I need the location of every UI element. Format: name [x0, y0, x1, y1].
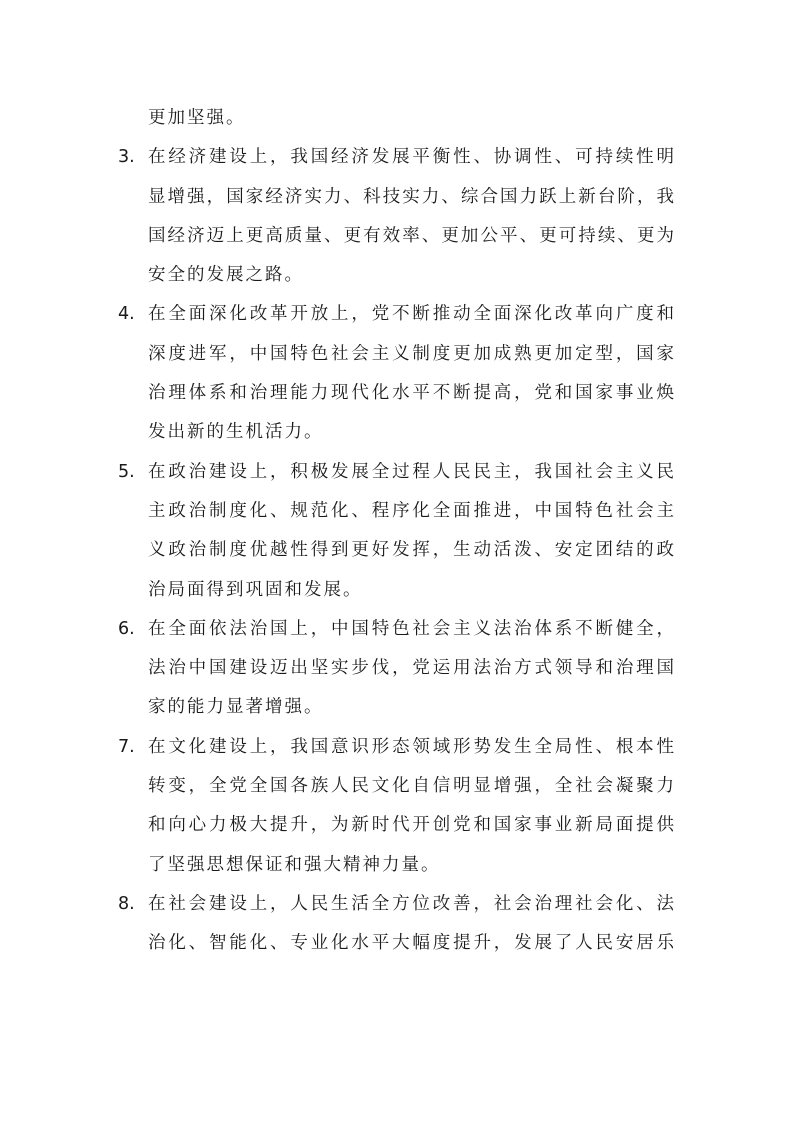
item-number: 8. — [118, 885, 148, 924]
item-number: 5. — [118, 453, 148, 492]
item-text-line: 深度进军，中国特色社会主义制度更加成熟更加定型，国家 — [148, 335, 674, 374]
item-text-line: 国经济迈上更高质量、更有效率、更加公平、更可持续、更为 — [148, 217, 674, 256]
item-text-line: 法治中国建设迈出坚实步伐，党运用法治方式领导和治理国 — [148, 649, 674, 688]
list-item-8: 8.在社会建设上，人民生活全方位改善，社会治理社会化、法 治化、智能化、专业化水… — [118, 885, 678, 964]
item-text-line: 义政治制度优越性得到更好发挥，生动活泼、安定团结的政 — [148, 531, 674, 570]
item-text-line: 治局面得到巩固和发展。 — [148, 571, 674, 610]
list-item-4: 4.在全面深化改革开放上，党不断推动全面深化改革向广度和 深度进军，中国特色社会… — [118, 295, 678, 452]
item-text-line: 了坚强思想保证和强大精神力量。 — [148, 846, 674, 885]
item-text-line: 在全面深化改革开放上，党不断推动全面深化改革向广度和 — [148, 295, 674, 334]
item-text-line: 在社会建设上，人民生活全方位改善，社会治理社会化、法 — [148, 885, 674, 924]
item-text-line: 主政治制度化、规范化、程序化全面推进，中国特色社会主 — [148, 492, 674, 531]
list-item-6: 6.在全面依法治国上，中国特色社会主义法治体系不断健全， 法治中国建设迈出坚实步… — [118, 610, 678, 728]
list-item-continuation: 更加坚强。 — [118, 99, 678, 138]
item-text-line: 和向心力极大提升，为新时代开创党和国家事业新局面提供 — [148, 806, 674, 845]
item-text-line: 发出新的生机活力。 — [148, 413, 674, 452]
item-text-line: 在全面依法治国上，中国特色社会主义法治体系不断健全， — [148, 610, 674, 649]
item-number: 7. — [118, 728, 148, 767]
item-number: 6. — [118, 610, 148, 649]
document-page: 更加坚强。 3.在经济建设上，我国经济发展平衡性、协调性、可持续性明 显增强，国… — [0, 0, 793, 1122]
item-text-line: 治理体系和治理能力现代化水平不断提高，党和国家事业焕 — [148, 374, 674, 413]
numbered-list: 更加坚强。 3.在经济建设上，我国经济发展平衡性、协调性、可持续性明 显增强，国… — [118, 99, 678, 964]
item-text-line: 更加坚强。 — [148, 99, 674, 138]
item-text-line: 在经济建设上，我国经济发展平衡性、协调性、可持续性明 — [148, 138, 674, 177]
item-text-line: 在文化建设上，我国意识形态领域形势发生全局性、根本性 — [148, 728, 674, 767]
item-text-line: 显增强，国家经济实力、科技实力、综合国力跃上新台阶，我 — [148, 178, 674, 217]
item-text-line: 在政治建设上，积极发展全过程人民民主，我国社会主义民 — [148, 453, 674, 492]
item-text-line: 转变，全党全国各族人民文化自信明显增强，全社会凝聚力 — [148, 767, 674, 806]
list-item-7: 7.在文化建设上，我国意识形态领域形势发生全局性、根本性 转变，全党全国各族人民… — [118, 728, 678, 885]
list-item-5: 5.在政治建设上，积极发展全过程人民民主，我国社会主义民 主政治制度化、规范化、… — [118, 453, 678, 610]
item-text-line: 家的能力显著增强。 — [148, 688, 674, 727]
list-item-3: 3.在经济建设上，我国经济发展平衡性、协调性、可持续性明 显增强，国家经济实力、… — [118, 138, 678, 295]
item-number: 4. — [118, 295, 148, 334]
item-text-line: 治化、智能化、专业化水平大幅度提升，发展了人民安居乐 — [148, 924, 674, 963]
item-number: 3. — [118, 138, 148, 177]
item-text-line: 安全的发展之路。 — [148, 256, 674, 295]
